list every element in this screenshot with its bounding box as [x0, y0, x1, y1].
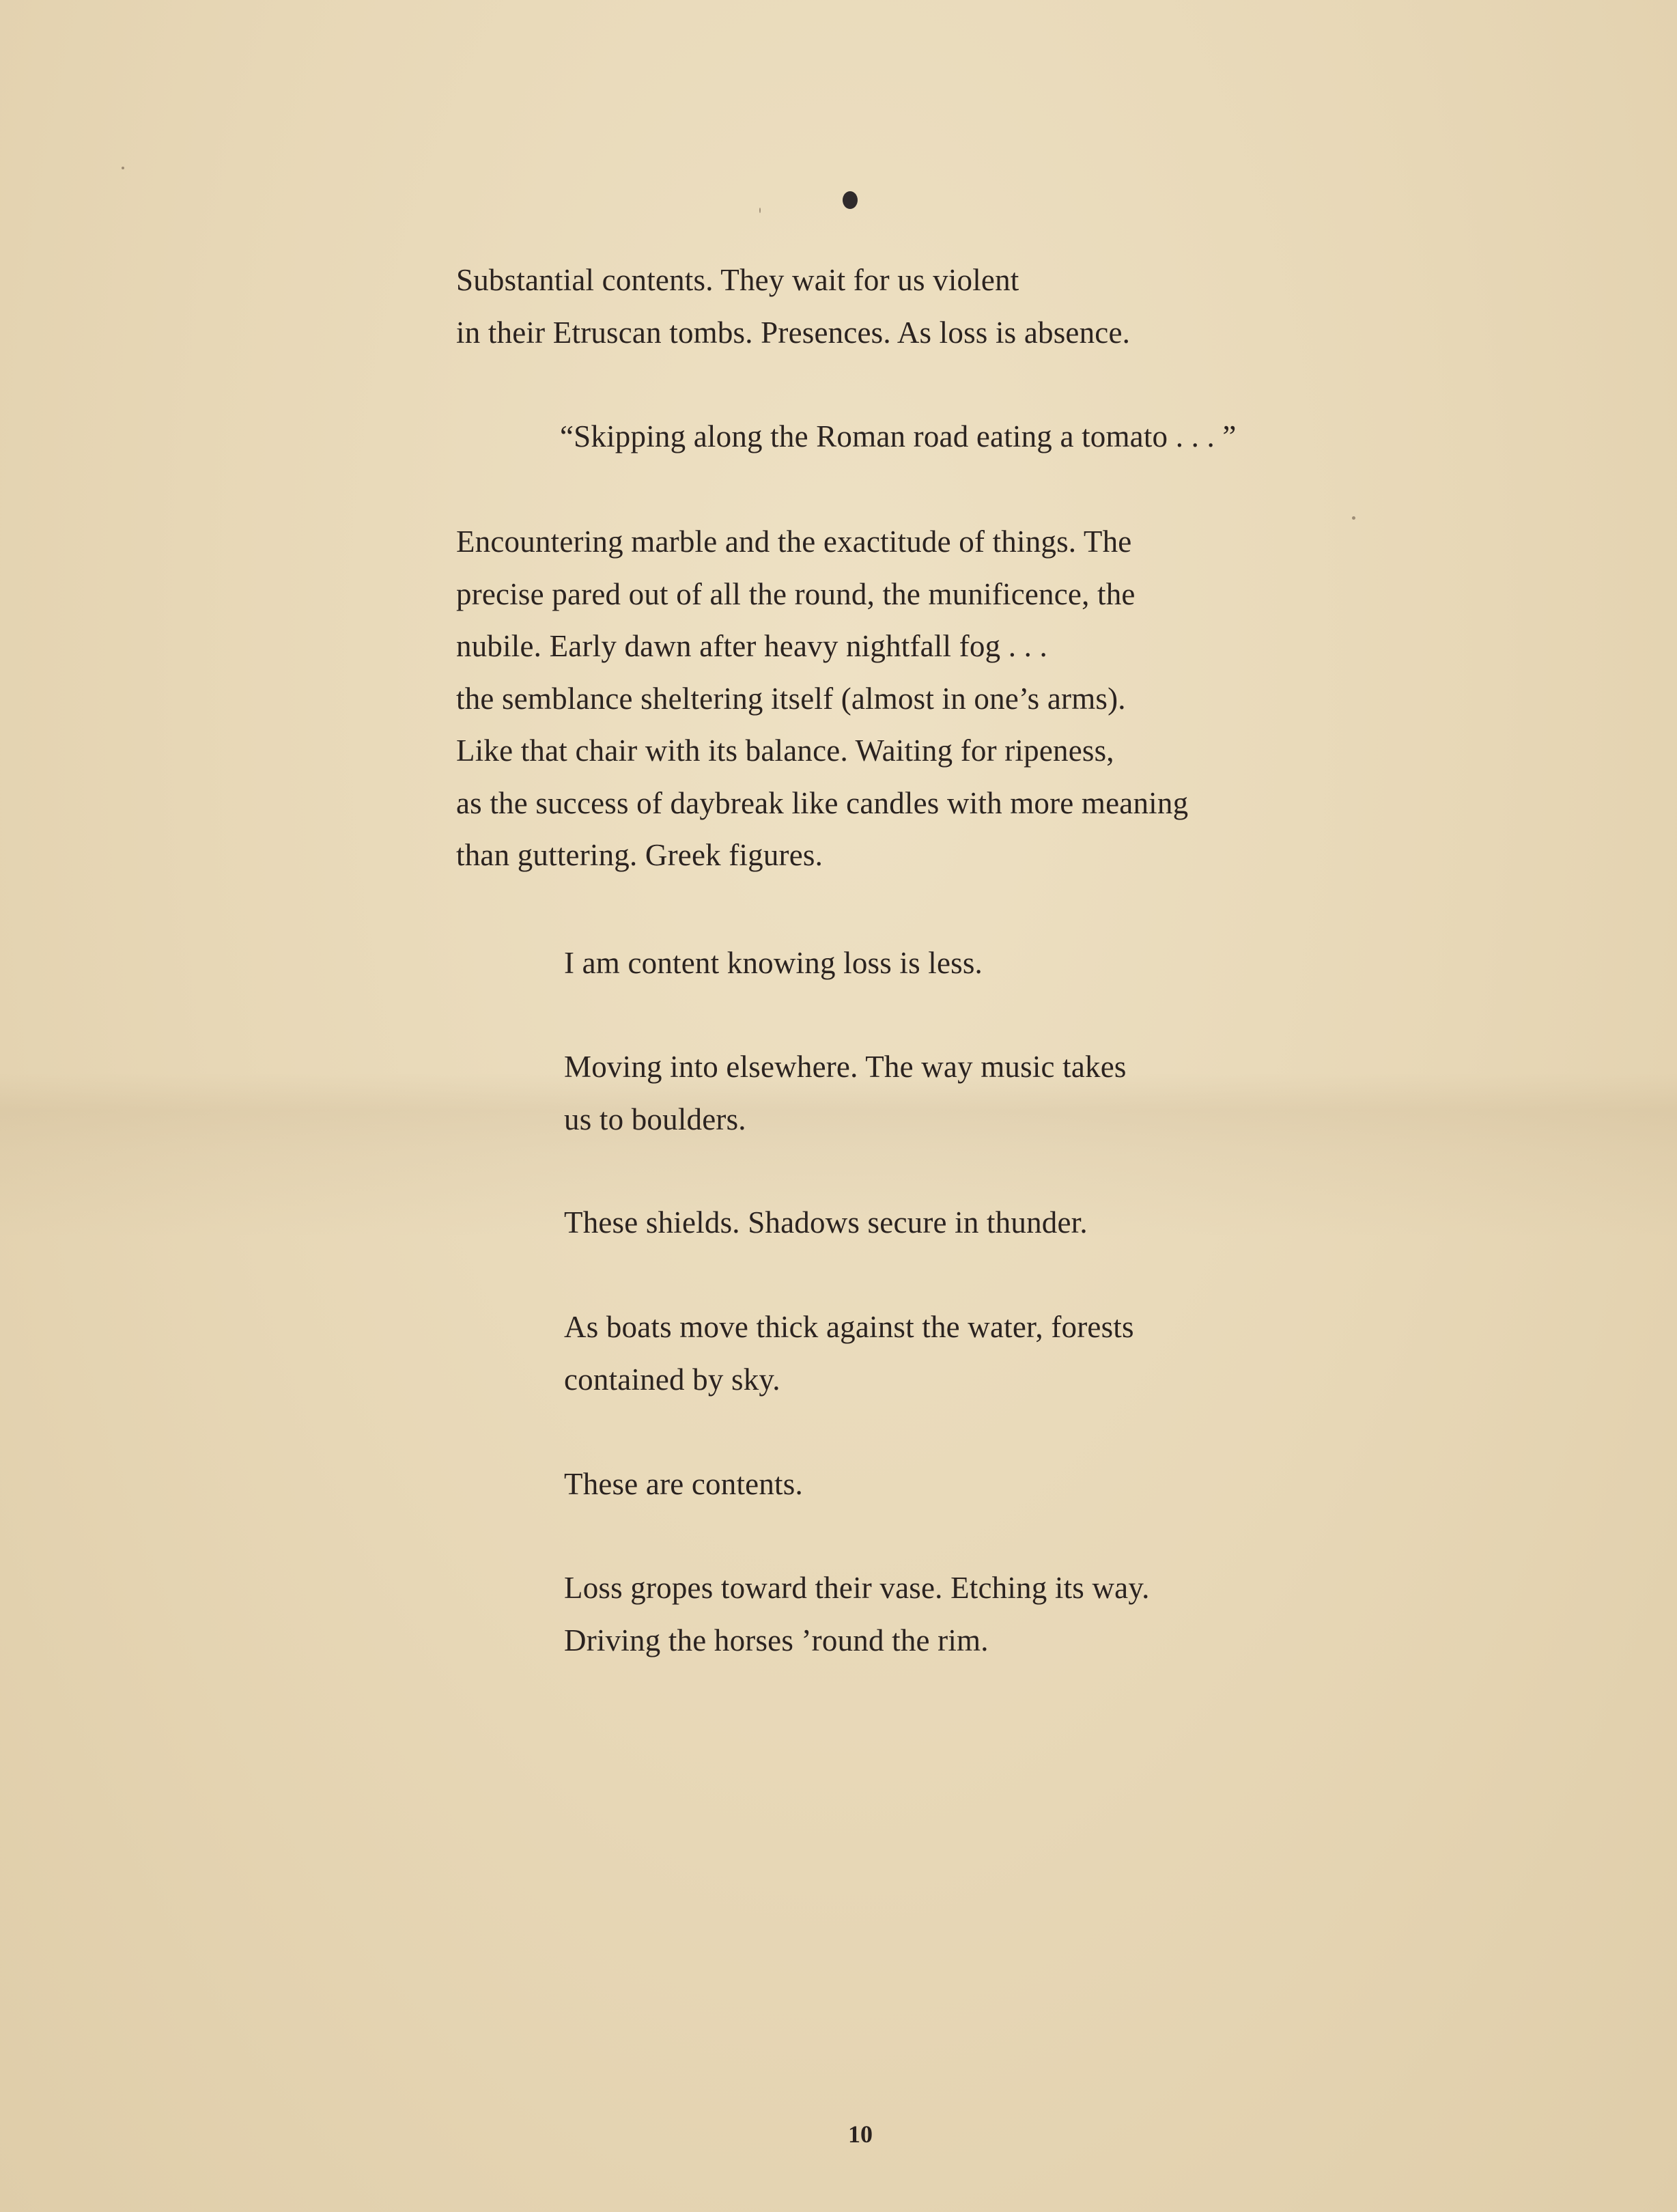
poem-line: precise pared out of all the round, the …: [456, 568, 1188, 621]
poem-line: contained by sky.: [564, 1354, 1134, 1406]
poem-line: These are contents.: [564, 1458, 803, 1511]
poem-line: us to boulders.: [564, 1093, 1127, 1146]
poem-line: than guttering. Greek figures.: [456, 829, 1188, 882]
poem-line: Driving the horses ’round the rim.: [564, 1614, 1150, 1667]
poem-line: Like that chair with its balance. Waitin…: [456, 725, 1188, 777]
stanza-3: Encountering marble and the exactitude o…: [456, 516, 1188, 882]
poem-line: I am content knowing loss is less.: [564, 937, 983, 990]
poem-line: Encountering marble and the exactitude o…: [456, 516, 1188, 568]
poem-line: These shields. Shadows secure in thunder…: [564, 1196, 1088, 1249]
poem-line: in their Etruscan tombs. Presences. As l…: [456, 307, 1130, 359]
paper-speck: [759, 208, 761, 213]
poem-line: as the success of daybreak like candles …: [456, 777, 1188, 830]
stanza-9: Loss gropes toward their vase. Etching i…: [564, 1562, 1150, 1666]
book-page: Substantial contents. They wait for us v…: [0, 0, 1677, 2212]
poem-line: Loss gropes toward their vase. Etching i…: [564, 1562, 1150, 1614]
bullet-ornament-icon: [843, 191, 858, 209]
page-number: 10: [0, 2120, 1677, 2148]
poem-line: As boats move thick against the water, f…: [564, 1301, 1134, 1354]
poem-line: nubile. Early dawn after heavy nightfall…: [456, 620, 1188, 673]
stanza-4: I am content knowing loss is less.: [564, 937, 983, 990]
poem-line: “Skipping along the Roman road eating a …: [560, 410, 1237, 463]
stanza-1: Substantial contents. They wait for us v…: [456, 254, 1130, 359]
stanza-5: Moving into elsewhere. The way music tak…: [564, 1041, 1127, 1145]
poem-line: the semblance sheltering itself (almost …: [456, 673, 1188, 725]
stanza-6: These shields. Shadows secure in thunder…: [564, 1196, 1088, 1249]
stanza-8: These are contents.: [564, 1458, 803, 1511]
stanza-7: As boats move thick against the water, f…: [564, 1301, 1134, 1405]
poem-line: Moving into elsewhere. The way music tak…: [564, 1041, 1127, 1093]
poem-line: Substantial contents. They wait for us v…: [456, 254, 1130, 307]
paper-speck: [1352, 516, 1355, 520]
paper-speck: [122, 167, 124, 169]
stanza-quote: “Skipping along the Roman road eating a …: [560, 410, 1237, 463]
